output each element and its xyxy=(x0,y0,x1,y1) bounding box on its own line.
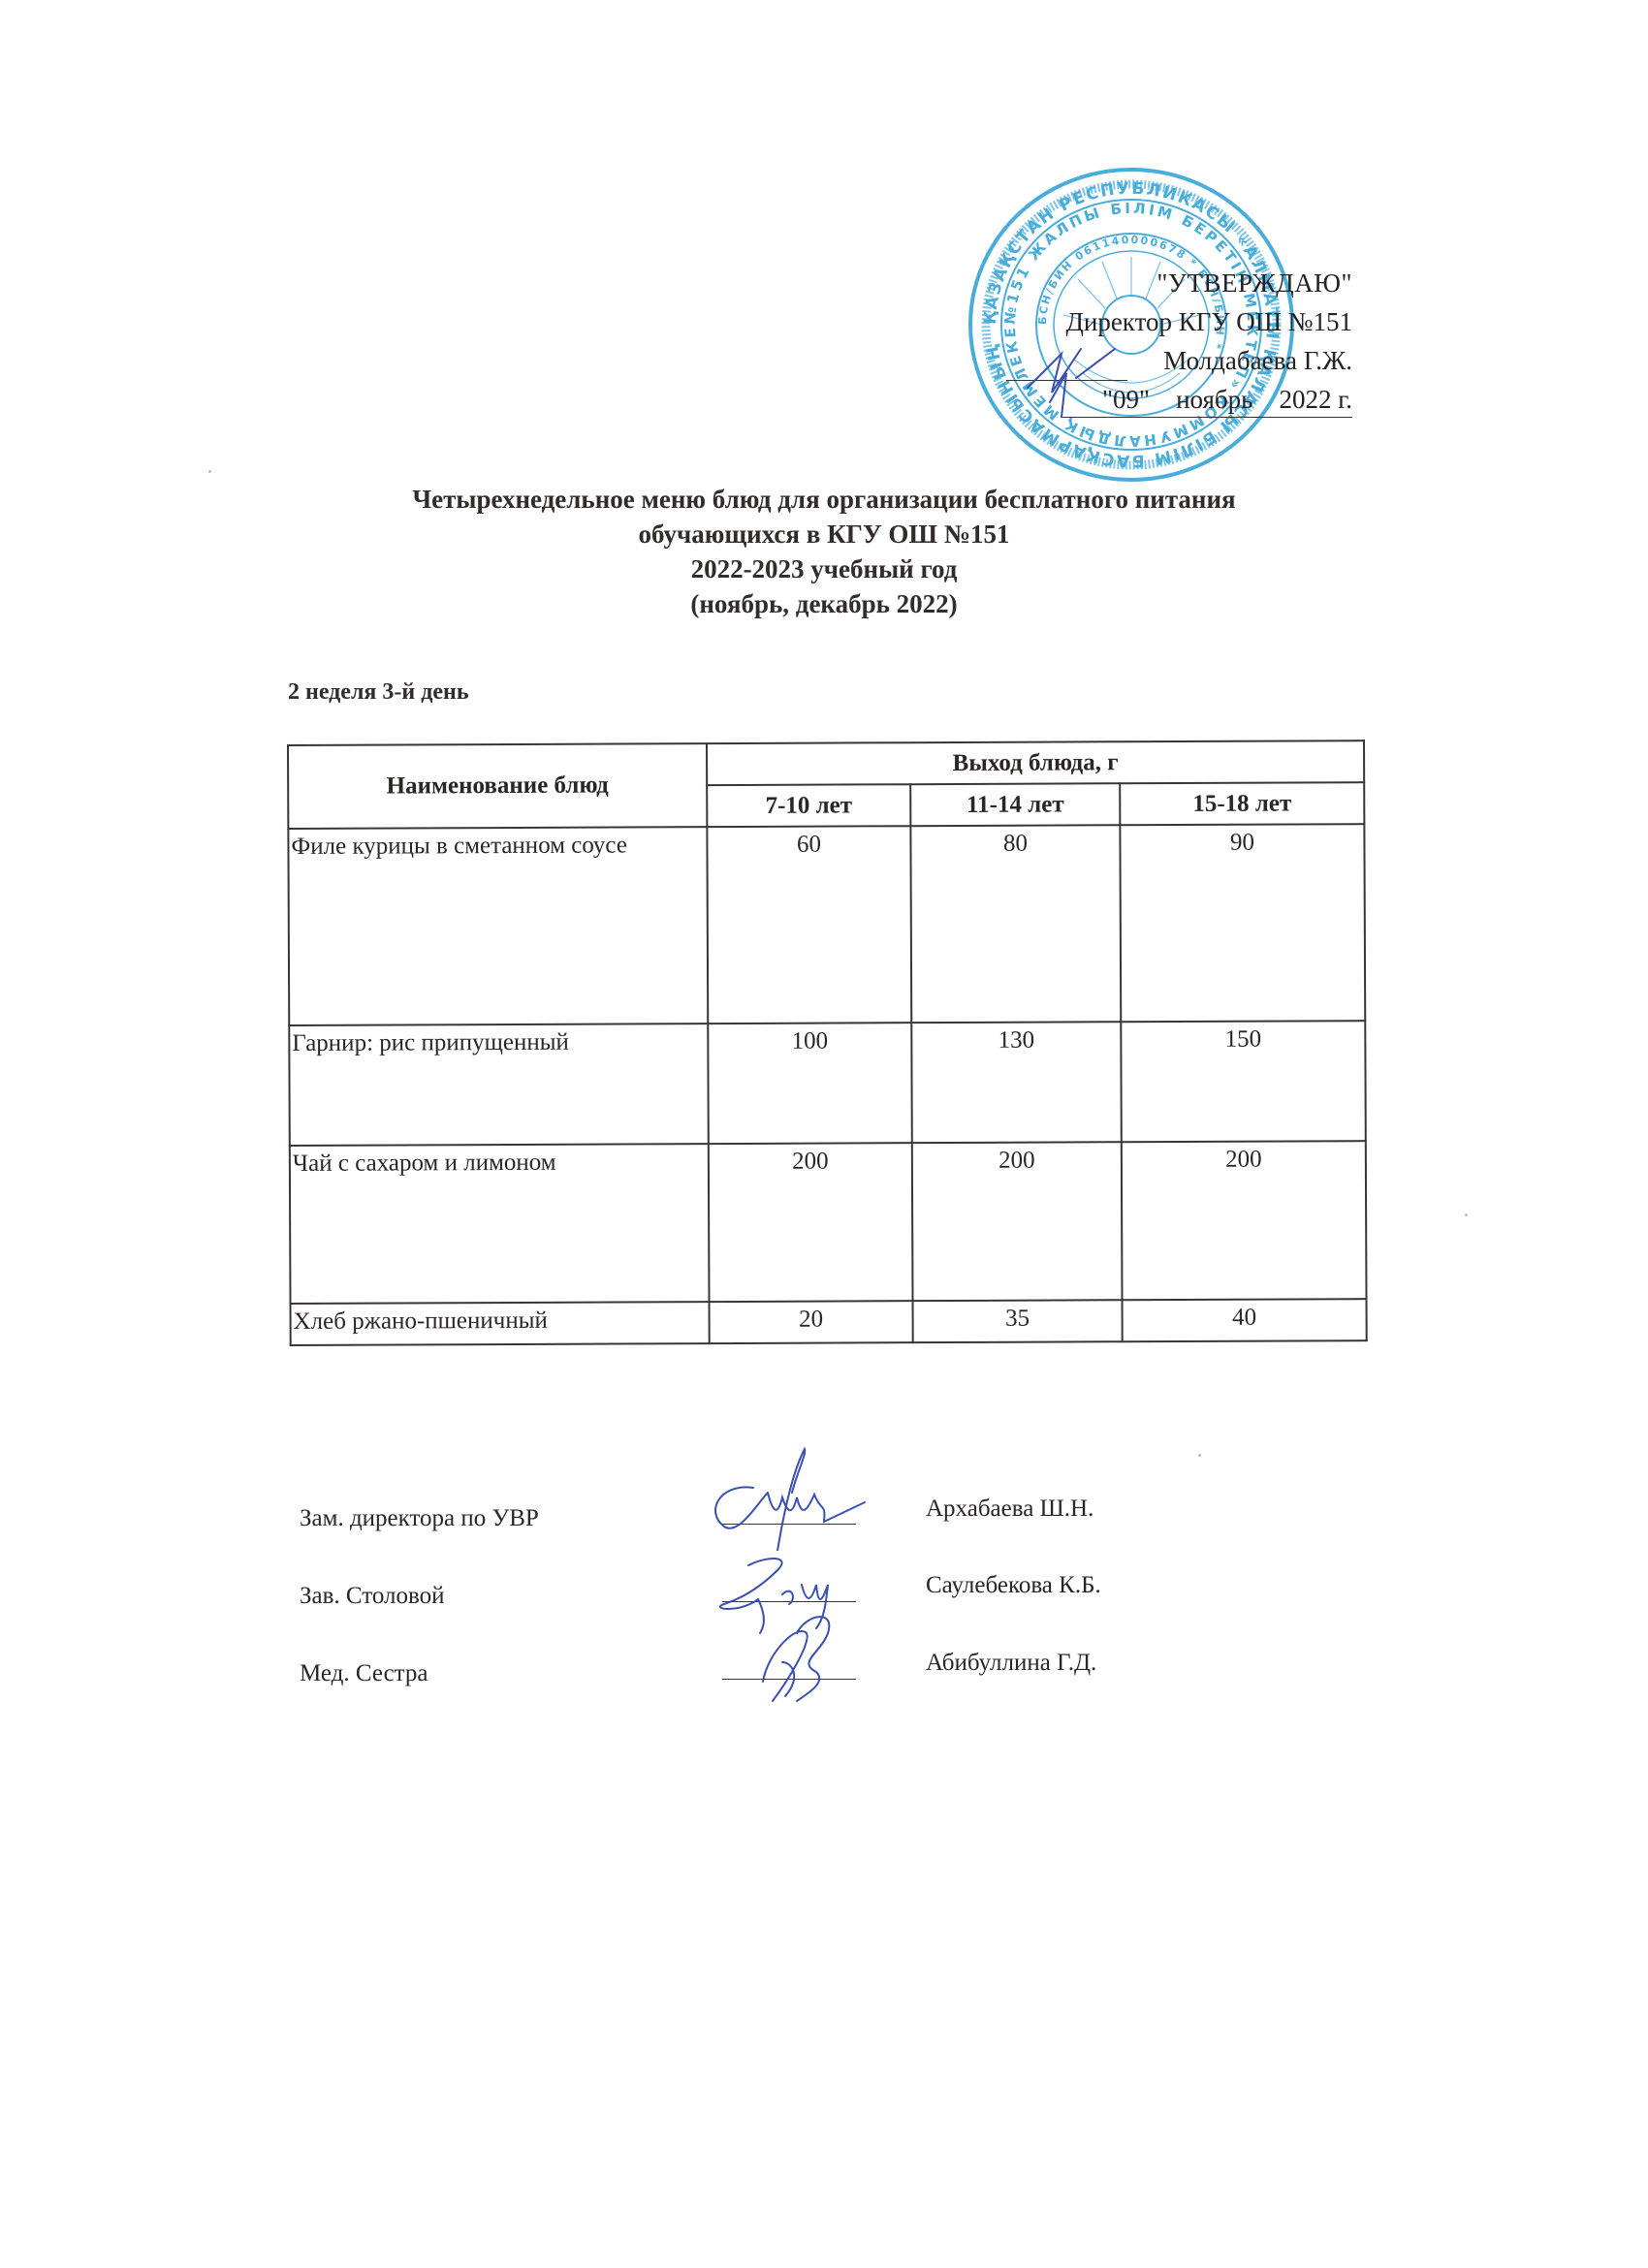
signature-nurse-icon xyxy=(700,1604,894,1711)
header-age-7-10: 7-10 лет xyxy=(707,784,910,827)
scan-speck xyxy=(1465,1213,1468,1216)
signature-role-nurse: Мед. Сестра xyxy=(300,1660,428,1687)
dish-name: Хлеб ржано-пшеничный xyxy=(291,1302,710,1345)
header-age-11-14: 11-14 лет xyxy=(910,783,1120,826)
title-line-3: 2022-2023 учебный год xyxy=(242,551,1406,586)
header-dish-name: Наименование блюд xyxy=(288,743,707,829)
week-day-label: 2 неделя 3-й день xyxy=(288,679,469,706)
dish-name: Филе курицы в сметанном соусе xyxy=(288,827,708,1025)
title-line-1: Четырехнедельное меню блюд для организац… xyxy=(242,482,1406,517)
portion-value: 150 xyxy=(1121,1021,1366,1142)
portion-value: 90 xyxy=(1120,824,1365,1022)
portion-value: 200 xyxy=(912,1142,1123,1301)
portion-value: 80 xyxy=(910,825,1121,1023)
title-line-2: обучающихся в КГУ ОШ №151 xyxy=(242,517,1406,551)
portion-value: 20 xyxy=(710,1301,913,1343)
signature-role-deputy: Зам. директора по УВР xyxy=(300,1505,539,1532)
menu-table: Наименование блюд Выход блюда, г 7-10 ле… xyxy=(287,740,1368,1346)
scan-speck xyxy=(1198,1454,1201,1457)
director-signature-icon xyxy=(1023,334,1129,422)
signature-role-canteen: Зав. Столовой xyxy=(300,1583,445,1610)
approval-heading: "УТВЕРЖДАЮ" xyxy=(969,264,1352,302)
portion-value: 130 xyxy=(911,1022,1122,1143)
portion-value: 200 xyxy=(709,1143,913,1302)
title-line-4: (ноябрь, декабрь 2022) xyxy=(242,586,1406,621)
header-age-15-18: 15-18 лет xyxy=(1120,782,1364,825)
portion-value: 100 xyxy=(708,1023,912,1144)
table-row: Чай с сахаром и лимоном 200 200 200 xyxy=(290,1141,1367,1304)
portion-value: 60 xyxy=(707,826,911,1024)
document-title: Четырехнедельное меню блюд для организац… xyxy=(242,482,1406,621)
header-portion-weight: Выход блюда, г xyxy=(707,740,1364,785)
signature-name-canteen: Саулебекова К.Б. xyxy=(926,1572,1101,1599)
approval-date-year: 2022 г. xyxy=(1279,385,1352,414)
portion-value: 200 xyxy=(1122,1141,1367,1300)
table-row: Гарнир: рис припущенный 100 130 150 xyxy=(289,1021,1366,1146)
portion-value: 35 xyxy=(913,1300,1123,1342)
approval-date-month: ноябрь xyxy=(1176,385,1252,414)
dish-name: Гарнир: рис припущенный xyxy=(289,1024,709,1146)
signature-name-deputy: Архабаева Ш.Н. xyxy=(926,1496,1093,1523)
signature-name-nurse: Абибуллина Г.Д. xyxy=(926,1650,1096,1677)
table-row: Хлеб ржано-пшеничный 20 35 40 xyxy=(291,1299,1367,1345)
table-row: Филе курицы в сметанном соусе 60 80 90 xyxy=(288,824,1365,1025)
portion-value: 40 xyxy=(1123,1299,1367,1341)
dish-name: Чай с сахаром и лимоном xyxy=(290,1144,710,1304)
scan-speck xyxy=(208,470,211,473)
